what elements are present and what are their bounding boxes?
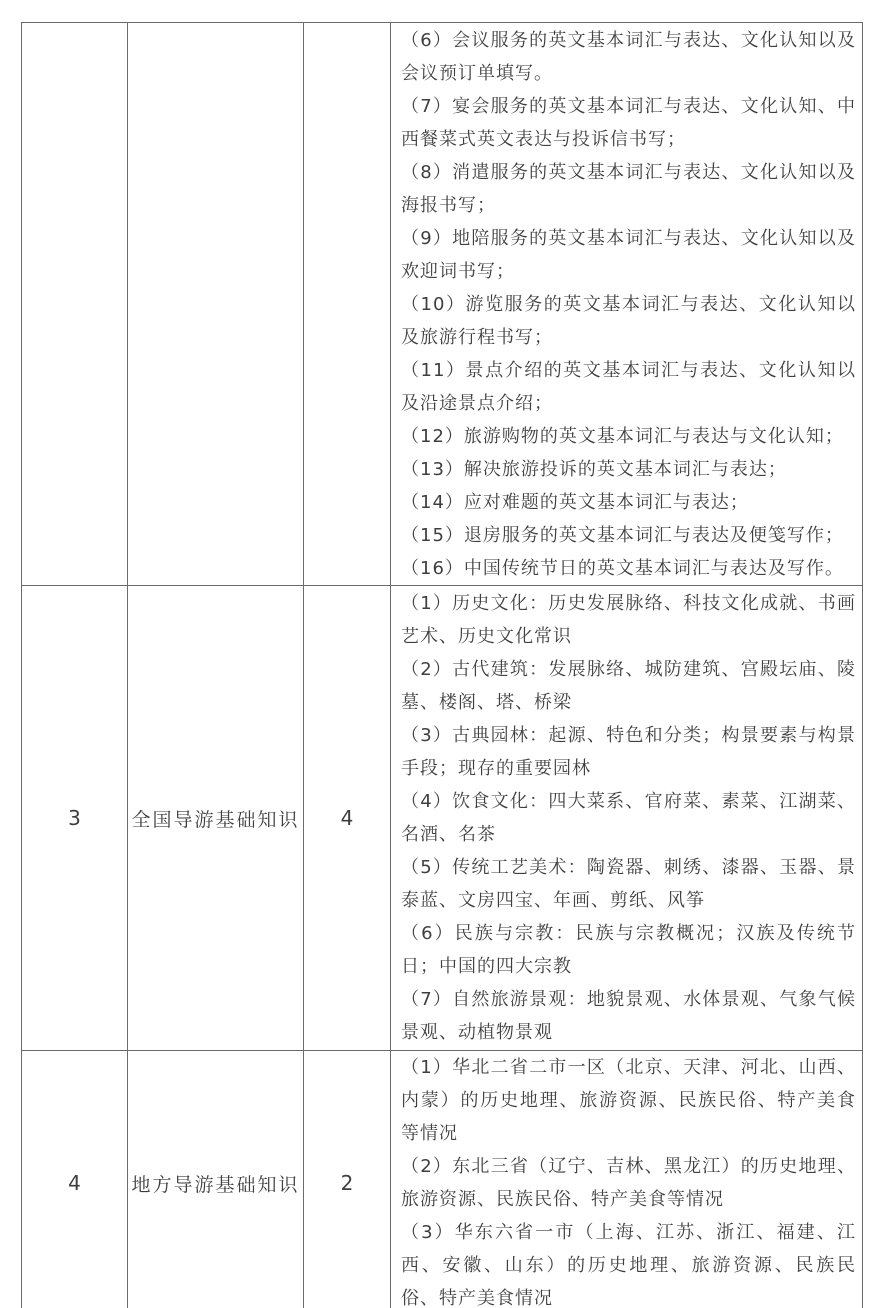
course-name-cell xyxy=(128,23,304,586)
content-item: （1）历史文化：历史发展脉络、科技文化成就、书画艺术、历史文化常识 xyxy=(401,587,856,653)
content-item: （4）饮食文化：四大菜系、官府菜、素菜、江湖菜、名酒、名茶 xyxy=(401,785,856,851)
content-cell: （1）历史文化：历史发展脉络、科技文化成就、书画艺术、历史文化常识 （2）古代建… xyxy=(391,586,863,1051)
hours-cell: 4 xyxy=(304,586,391,1051)
table-row-continuation: （6）会议服务的英文基本词汇与表达、文化认知以及会议预订单填写。 （7）宴会服务… xyxy=(22,23,863,586)
course-name-cell: 全国导游基础知识 xyxy=(128,586,304,1051)
syllabus-table: （6）会议服务的英文基本词汇与表达、文化认知以及会议预订单填写。 （7）宴会服务… xyxy=(21,22,863,1308)
content-item: （14）应对难题的英文基本词汇与表达； xyxy=(401,486,856,519)
content-item: （9）地陪服务的英文基本词汇与表达、文化认知以及欢迎词书写； xyxy=(401,222,856,288)
hours-cell xyxy=(304,23,391,586)
row-number-cell xyxy=(22,23,128,586)
content-item: （3）古典园林：起源、特色和分类；构景要素与构景手段；现存的重要园林 xyxy=(401,719,856,785)
content-item: （10）游览服务的英文基本词汇与表达、文化认知以及旅游行程书写； xyxy=(401,288,856,354)
content-item: （5）传统工艺美术：陶瓷器、刺绣、漆器、玉器、景泰蓝、文房四宝、年画、剪纸、风筝 xyxy=(401,851,856,917)
content-item: （13）解决旅游投诉的英文基本词汇与表达； xyxy=(401,453,856,486)
content-item: （7）自然旅游景观：地貌景观、水体景观、气象气候景观、动植物景观 xyxy=(401,983,856,1049)
row-number-cell: 3 xyxy=(22,586,128,1051)
content-item: （6）民族与宗教：民族与宗教概况；汉族及传统节日；中国的四大宗教 xyxy=(401,917,856,983)
content-item: （6）会议服务的英文基本词汇与表达、文化认知以及会议预订单填写。 xyxy=(401,24,856,90)
content-item: （15）退房服务的英文基本词汇与表达及便笺写作； xyxy=(401,519,856,552)
table-row-local-guide-basics: 4 地方导游基础知识 2 （1）华北二省二市一区（北京、天津、河北、山西、内蒙）… xyxy=(22,1051,863,1308)
hours-cell: 2 xyxy=(304,1051,391,1308)
course-name-cell: 地方导游基础知识 xyxy=(128,1051,304,1308)
content-item: （16）中国传统节日的英文基本词汇与表达及写作。 xyxy=(401,552,856,585)
content-item: （11）景点介绍的英文基本词汇与表达、文化认知以及沿途景点介绍； xyxy=(401,354,856,420)
content-item: （7）宴会服务的英文基本词汇与表达、文化认知、中西餐菜式英文表达与投诉信书写； xyxy=(401,90,856,156)
content-cell: （6）会议服务的英文基本词汇与表达、文化认知以及会议预订单填写。 （7）宴会服务… xyxy=(391,23,863,586)
table-row-national-guide-basics: 3 全国导游基础知识 4 （1）历史文化：历史发展脉络、科技文化成就、书画艺术、… xyxy=(22,586,863,1051)
content-item: （1）华北二省二市一区（北京、天津、河北、山西、内蒙）的历史地理、旅游资源、民族… xyxy=(401,1051,856,1150)
row-number-cell: 4 xyxy=(22,1051,128,1308)
content-item: （12）旅游购物的英文基本词汇与表达与文化认知； xyxy=(401,420,856,453)
document-page: （6）会议服务的英文基本词汇与表达、文化认知以及会议预订单填写。 （7）宴会服务… xyxy=(0,0,892,1308)
content-item: （2）东北三省（辽宁、吉林、黑龙江）的历史地理、旅游资源、民族民俗、特产美食等情… xyxy=(401,1150,856,1216)
content-item: （2）古代建筑：发展脉络、城防建筑、宫殿坛庙、陵墓、楼阁、塔、桥梁 xyxy=(401,653,856,719)
content-item: （3）华东六省一市（上海、江苏、浙江、福建、江西、安徽、山东）的历史地理、旅游资… xyxy=(401,1216,856,1308)
content-cell: （1）华北二省二市一区（北京、天津、河北、山西、内蒙）的历史地理、旅游资源、民族… xyxy=(391,1051,863,1308)
content-item: （8）消遣服务的英文基本词汇与表达、文化认知以及海报书写； xyxy=(401,156,856,222)
